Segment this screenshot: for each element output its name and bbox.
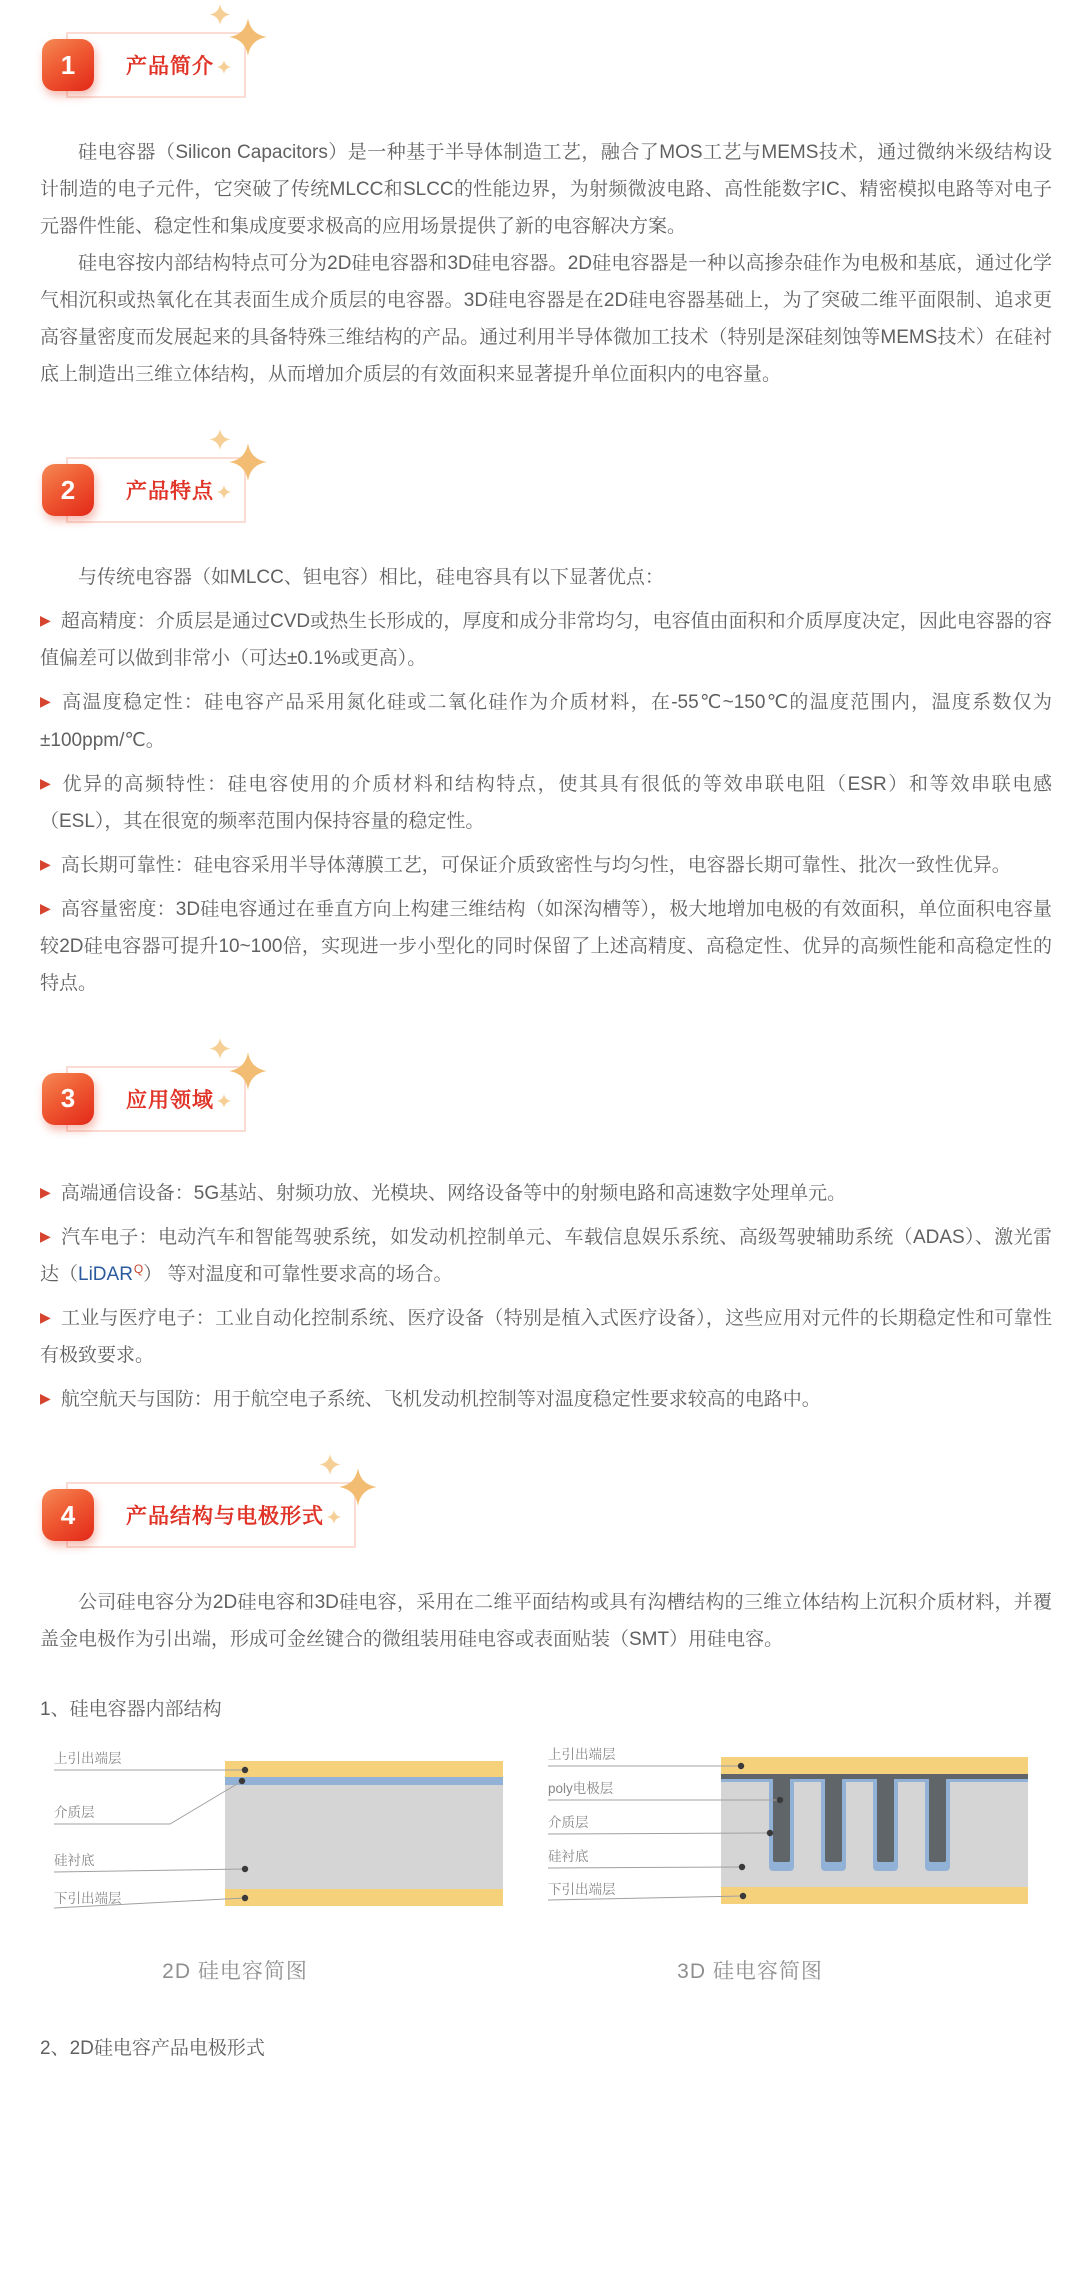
bullet-arrow-icon: ▶	[40, 856, 51, 872]
diagram-3d-label-bottom: 下引出端层	[548, 1881, 616, 1897]
article-content: 1 产品简介 硅电容器（Silicon Capacitors）是一种基于半导体制…	[0, 0, 1092, 2136]
feature-bullet-text: 超高精度：介质层是通过CVD或热生长形成的，厚度和成分非常均匀，电容值由面积和介…	[40, 611, 1052, 669]
layer-dielectric	[225, 1777, 503, 1785]
diagram-2d-figure: 上引出端层 介质层 硅衬底 下引出端层	[40, 1737, 510, 1922]
subsection-1-label: 1、硅电容器内部结构	[40, 1694, 1052, 1721]
section-4-header-box: 4 产品结构与电极形式	[66, 1482, 356, 1548]
diagram-2d-caption: 2D 硅电容简图	[40, 1955, 430, 1985]
application-bullet-text: ） 等对温度和可靠性要求高的场合。	[143, 1264, 452, 1285]
bullet-arrow-icon: ▶	[40, 900, 51, 916]
diagram-3d-label-dielectric: 介质层	[548, 1815, 589, 1830]
diagram-2d-label-substrate: 硅衬底	[54, 1852, 95, 1868]
diagram-3d-label-poly: poly电极层	[548, 1780, 614, 1796]
diagram-2d-label-bottom: 下引出端层	[54, 1890, 122, 1906]
application-bullet-text: 高端通信设备：5G基站、射频功放、光模块、网络设备等中的射频电路和高速数字处理单…	[61, 1183, 846, 1204]
diagram-row: 上引出端层 介质层 硅衬底 下引出端层 2D 硅电容简图	[40, 1737, 1052, 1985]
layer-poly-top	[721, 1774, 1028, 1779]
section-1-title: 产品简介	[126, 55, 214, 78]
layer-top-electrode	[225, 1761, 503, 1777]
section-2-title: 产品特点	[126, 480, 214, 503]
bullet-arrow-icon: ▶	[40, 1390, 51, 1406]
layer-top-electrode	[721, 1757, 1028, 1774]
diagram-3d-figure: 上引出端层 poly电极层 介质层 硅衬底 下引出端层	[540, 1737, 1052, 1922]
bullet-arrow-icon: ▶	[40, 1309, 51, 1325]
feature-bullet: ▶高容量密度：3D硅电容通过在垂直方向上构建三维结构（如深沟槽等），极大地增加电…	[40, 891, 1052, 1002]
bullet-arrow-icon: ▶	[40, 1228, 51, 1244]
application-bullet: ▶航空航天与国防：用于航空电子系统、飞机发动机控制等对温度稳定性要求较高的电路中…	[40, 1381, 1052, 1418]
application-bullet: ▶高端通信设备：5G基站、射频功放、光模块、网络设备等中的射频电路和高速数字处理…	[40, 1175, 1052, 1212]
feature-bullet: ▶超高精度：介质层是通过CVD或热生长形成的，厚度和成分非常均匀，电容值由面积和…	[40, 603, 1052, 677]
diagram-3d-label-top: 上引出端层	[548, 1746, 616, 1762]
feature-bullet-text: 高长期可靠性：硅电容采用半导体薄膜工艺，可保证介质致密性与均匀性，电容器长期可靠…	[61, 855, 1011, 876]
section-number-badge: 1	[42, 39, 94, 91]
section-4-header: 4 产品结构与电极形式	[66, 1482, 356, 1548]
feature-bullet: ▶优异的高频特性：硅电容使用的介质材料和结构特点，使其具有很低的等效串联电阻（E…	[40, 766, 1052, 840]
section-3-title: 应用领域	[126, 1089, 214, 1112]
application-bullet-text: 工业与医疗电子：工业自动化控制系统、医疗设备（特别是植入式医疗设备），这些应用对…	[40, 1308, 1052, 1366]
bullet-arrow-icon: ▶	[40, 612, 51, 628]
layer-bottom-electrode	[721, 1887, 1028, 1904]
features-intro: 与传统电容器（如MLCC、钽电容）相比，硅电容具有以下显著优点：	[40, 559, 1052, 596]
layer-bottom-electrode	[225, 1889, 503, 1906]
feature-bullet-text: 优异的高频特性：硅电容使用的介质材料和结构特点，使其具有很低的等效串联电阻（ES…	[40, 774, 1052, 832]
feature-bullet: ▶高长期可靠性：硅电容采用半导体薄膜工艺，可保证介质致密性与均匀性，电容器长期可…	[40, 847, 1052, 884]
bullet-arrow-icon: ▶	[40, 775, 52, 791]
structure-paragraph: 公司硅电容分为2D硅电容和3D硅电容，采用在二维平面结构或具有沟槽结构的三维立体…	[40, 1584, 1052, 1658]
section-number-badge: 3	[42, 1073, 94, 1125]
diagram-3d: 上引出端层 poly电极层 介质层 硅衬底 下引出端层 3D 硅电容简图	[540, 1737, 1052, 1985]
intro-paragraph-1: 硅电容器（Silicon Capacitors）是一种基于半导体制造工艺，融合了…	[40, 134, 1052, 245]
lidar-superscript-marker[interactable]: Q	[134, 1262, 143, 1276]
section-2-header: 2 产品特点	[66, 457, 246, 523]
section-2-header-box: 2 产品特点	[66, 457, 246, 523]
section-number-badge: 4	[42, 1489, 94, 1541]
application-bullet-text: 航空航天与国防：用于航空电子系统、飞机发动机控制等对温度稳定性要求较高的电路中。	[61, 1389, 821, 1410]
diagram-3d-caption: 3D 硅电容简图	[540, 1955, 960, 1985]
bullet-arrow-icon: ▶	[40, 1184, 51, 1200]
subsection-2-label: 2、2D硅电容产品电极形式	[40, 2033, 1052, 2060]
application-bullet: ▶工业与医疗电子：工业自动化控制系统、医疗设备（特别是植入式医疗设备），这些应用…	[40, 1300, 1052, 1374]
section-3-header-box: 3 应用领域	[66, 1066, 246, 1132]
section-number-badge: 2	[42, 464, 94, 516]
section-3-header: 3 应用领域	[66, 1066, 246, 1132]
layer-substrate	[225, 1785, 503, 1889]
lidar-link[interactable]: LiDAR	[78, 1264, 133, 1285]
intro-paragraph-2: 硅电容按内部结构特点可分为2D硅电容器和3D硅电容器。2D硅电容器是一种以高掺杂…	[40, 245, 1052, 393]
bullet-arrow-icon: ▶	[40, 693, 52, 709]
section-1-header-box: 1 产品简介	[66, 32, 246, 98]
feature-bullet-text: 高容量密度：3D硅电容通过在垂直方向上构建三维结构（如深沟槽等），极大地增加电极…	[40, 899, 1052, 994]
diagram-3d-label-substrate: 硅衬底	[548, 1848, 589, 1864]
section-4-title: 产品结构与电极形式	[126, 1505, 324, 1528]
diagram-2d-label-dielectric: 介质层	[54, 1805, 95, 1820]
section-1-header: 1 产品简介	[66, 32, 246, 98]
feature-bullet-text: 高温度稳定性：硅电容产品采用氮化硅或二氧化硅作为介质材料，在-55℃~150℃的…	[40, 692, 1052, 750]
feature-bullet: ▶高温度稳定性：硅电容产品采用氮化硅或二氧化硅作为介质材料，在-55℃~150℃…	[40, 684, 1052, 758]
diagram-2d: 上引出端层 介质层 硅衬底 下引出端层 2D 硅电容简图	[40, 1737, 510, 1985]
application-bullet: ▶汽车电子：电动汽车和智能驾驶系统，如发动机控制单元、车载信息娱乐系统、高级驾驶…	[40, 1219, 1052, 1293]
diagram-2d-label-top: 上引出端层	[54, 1750, 122, 1766]
